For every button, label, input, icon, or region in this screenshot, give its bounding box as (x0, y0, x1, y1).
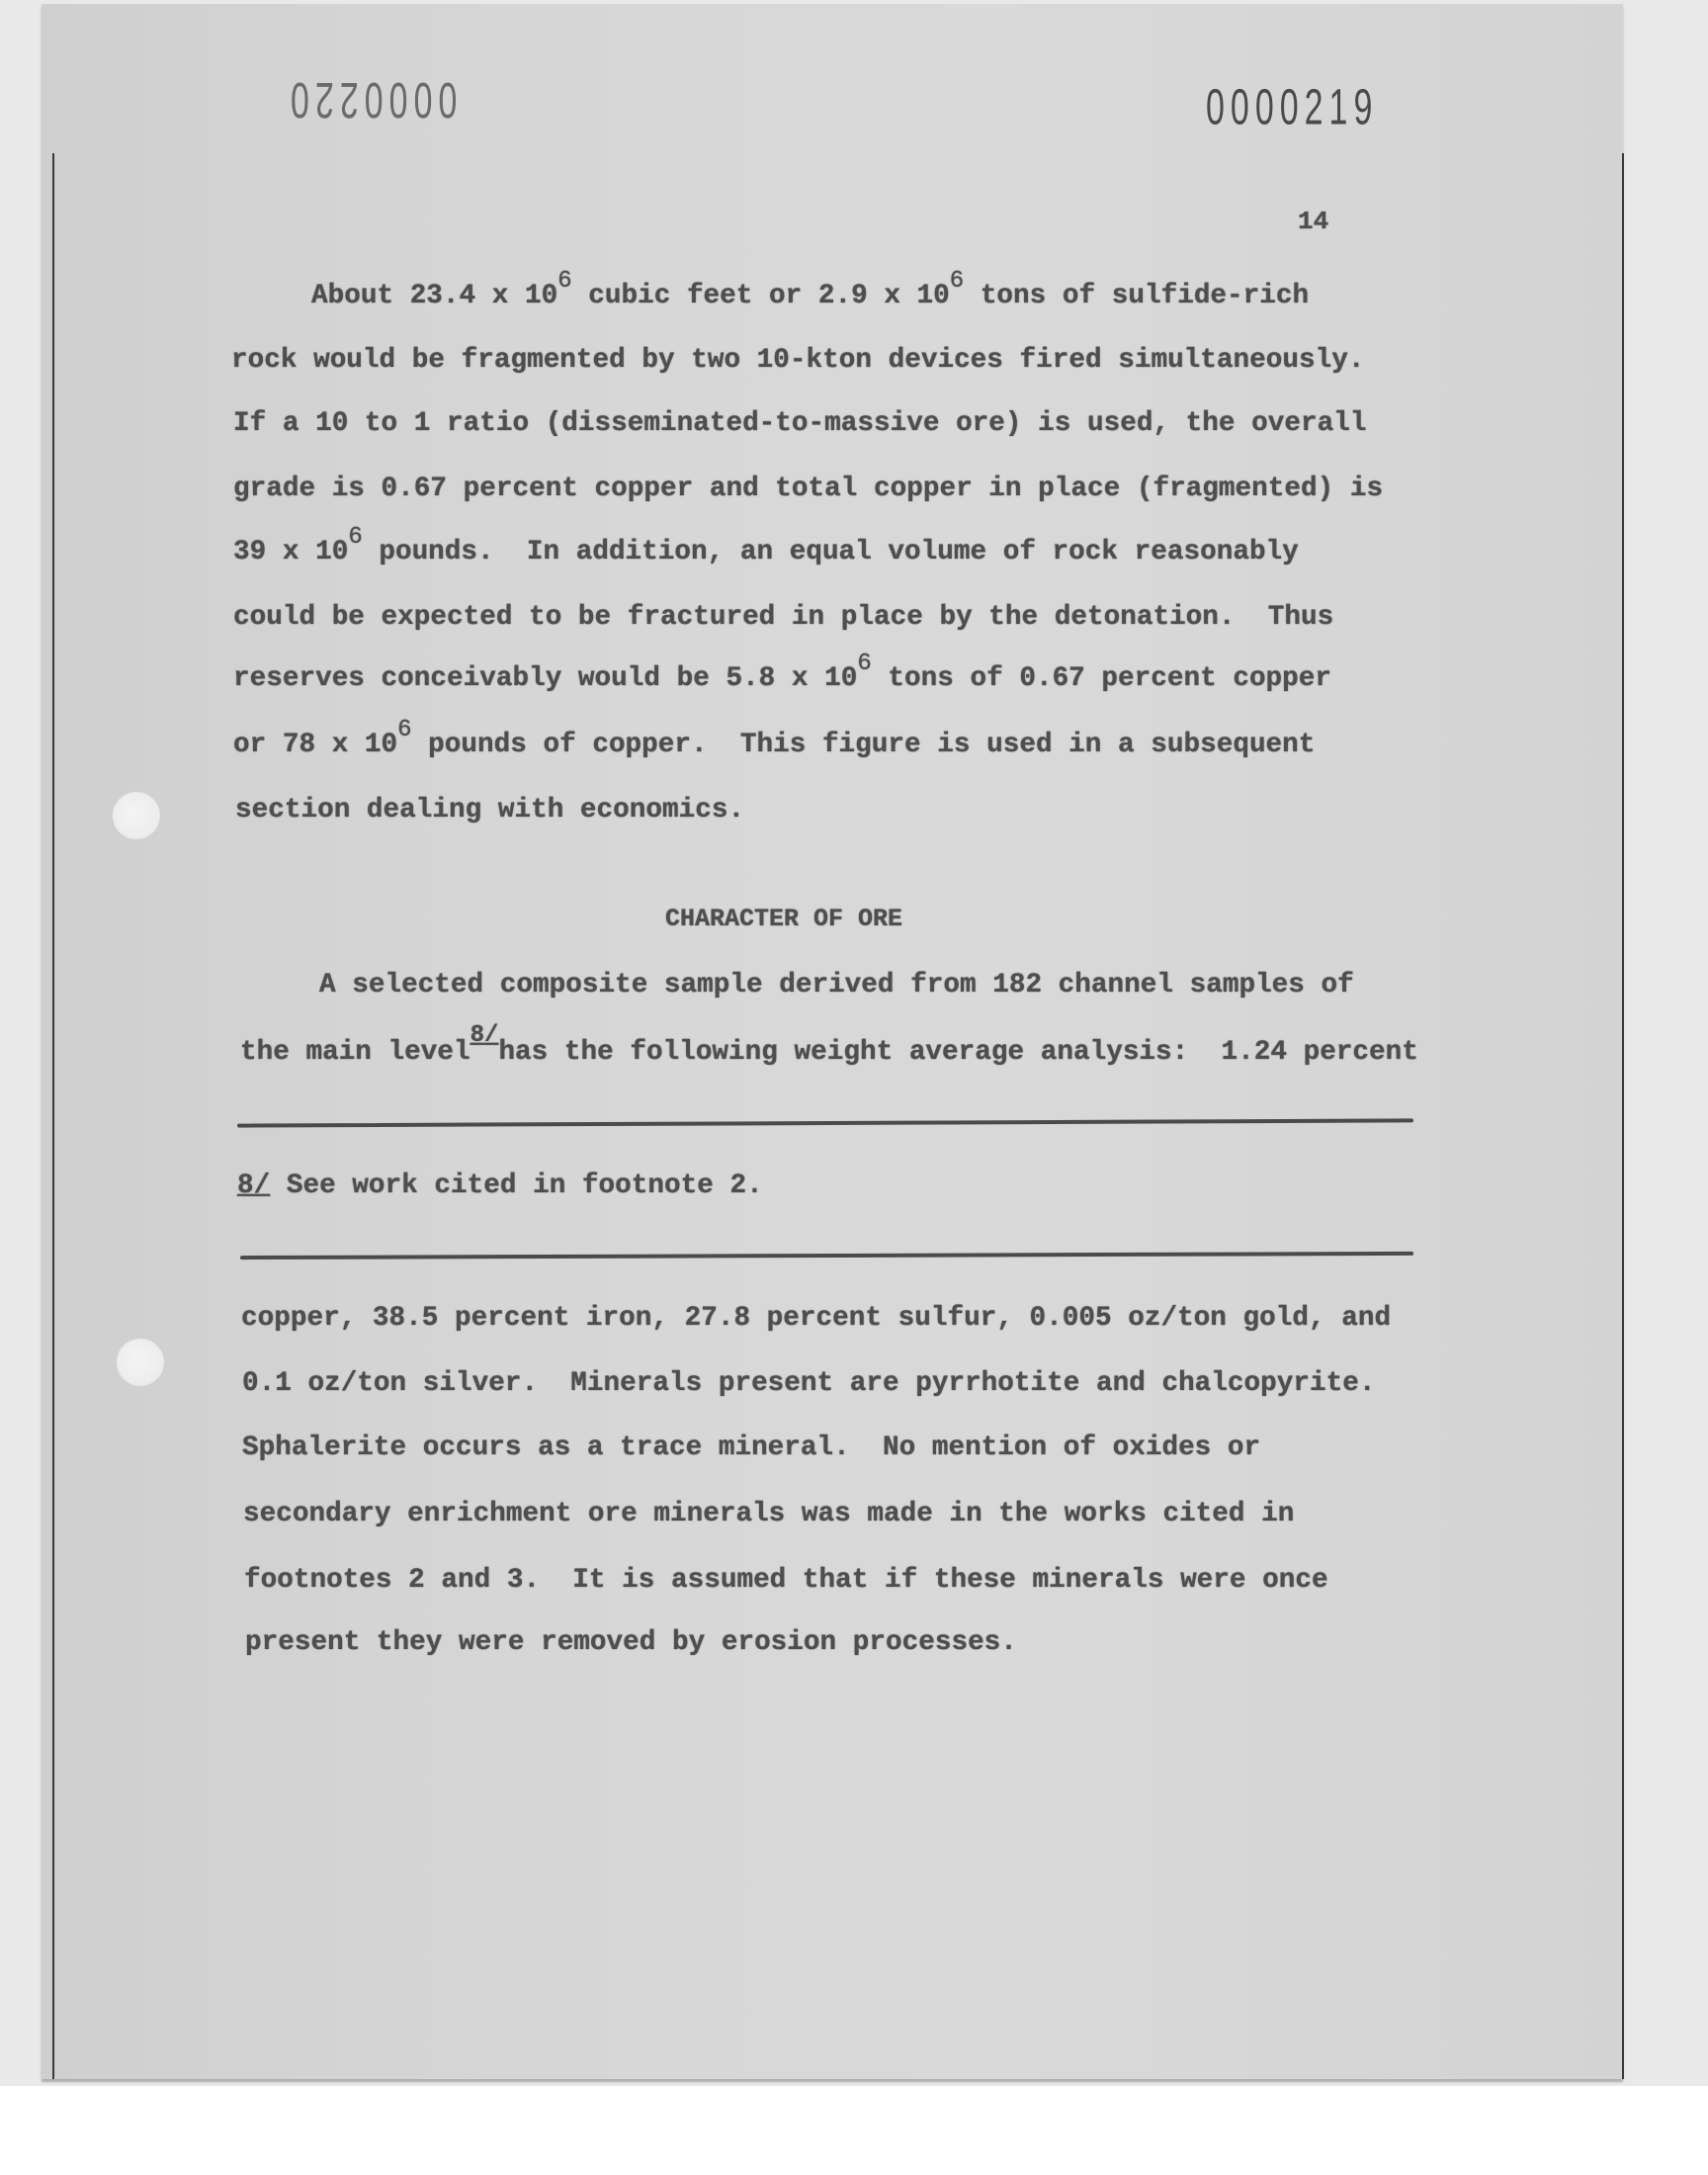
paragraph-3-line-4: secondary enrichment ore minerals was ma… (243, 1501, 1294, 1528)
page-number: 14 (1298, 209, 1328, 234)
text-run: pounds. In addition, an equal volume of … (363, 537, 1299, 567)
text-run: cubic feet or 2.9 x 10 (572, 281, 950, 311)
superscript-exponent: 6 (397, 717, 411, 743)
paragraph-1-line-5: 39 x 106 pounds. In addition, an equal v… (233, 539, 1299, 566)
stamp-upside-down-id: 0000220 (285, 69, 457, 128)
footnote-marker: 8/ (237, 1171, 270, 1201)
paragraph-3-line-6: present they were removed by erosion pro… (245, 1629, 1017, 1657)
superscript-exponent: 6 (857, 651, 871, 677)
paragraph-1-line-3: If a 10 to 1 ratio (disseminated-to-mass… (233, 410, 1366, 438)
paragraph-1-line-7: reserves conceivably would be 5.8 x 106 … (233, 665, 1331, 693)
text-run: the main level (240, 1037, 470, 1068)
text-run: 39 x 10 (233, 537, 348, 567)
paragraph-1-line-1: About 23.4 x 106 cubic feet or 2.9 x 106… (311, 283, 1309, 310)
superscript-exponent: 6 (557, 268, 571, 295)
paragraph-2-line-2: the main level8/has the following weight… (240, 1039, 1418, 1067)
paragraph-3-line-1: copper, 38.5 percent iron, 27.8 percent … (241, 1305, 1391, 1333)
paragraph-1-line-2: rock would be fragmented by two 10-kton … (231, 347, 1364, 375)
page-right-edge (1622, 153, 1624, 2079)
footnote: 8/ See work cited in footnote 2. (237, 1173, 763, 1200)
paragraph-3-line-5: footnotes 2 and 3. It is assumed that if… (244, 1567, 1328, 1595)
text-run: tons of 0.67 percent copper (872, 663, 1331, 694)
paragraph-1-line-8: or 78 x 106 pounds of copper. This figur… (233, 732, 1315, 759)
paragraph-3-line-2: 0.1 oz/ton silver. Minerals present are … (242, 1370, 1375, 1398)
text-run: About 23.4 x 10 (311, 281, 557, 311)
text-run: or 78 x 10 (233, 730, 397, 760)
superscript-exponent: 6 (348, 524, 362, 551)
paragraph-1-line-9: section dealing with economics. (235, 797, 744, 825)
text-run: tons of sulfide-rich (964, 281, 1309, 311)
footnote-text: See work cited in footnote 2. (270, 1171, 762, 1201)
stamp-document-id: 0000219 (1206, 80, 1378, 138)
page-left-edge (52, 153, 54, 2079)
punch-hole-icon (112, 791, 161, 840)
text-run: reserves conceivably would be 5.8 x 10 (233, 663, 857, 694)
section-heading: CHARACTER OF ORE (665, 907, 902, 931)
superscript-exponent: 6 (950, 268, 964, 295)
paragraph-2-line-1: A selected composite sample derived from… (319, 972, 1354, 1000)
paragraph-3-line-3: Sphalerite occurs as a trace mineral. No… (242, 1435, 1260, 1462)
punch-hole-icon (116, 1338, 165, 1387)
text-run: pounds of copper. This figure is used in… (412, 730, 1316, 760)
footnote-reference: 8/ (470, 1022, 499, 1049)
paragraph-1-line-4: grade is 0.67 percent copper and total c… (233, 476, 1383, 503)
paragraph-1-line-6: could be expected to be fractured in pla… (233, 604, 1333, 632)
text-run: has the following weight average analysi… (498, 1037, 1417, 1068)
